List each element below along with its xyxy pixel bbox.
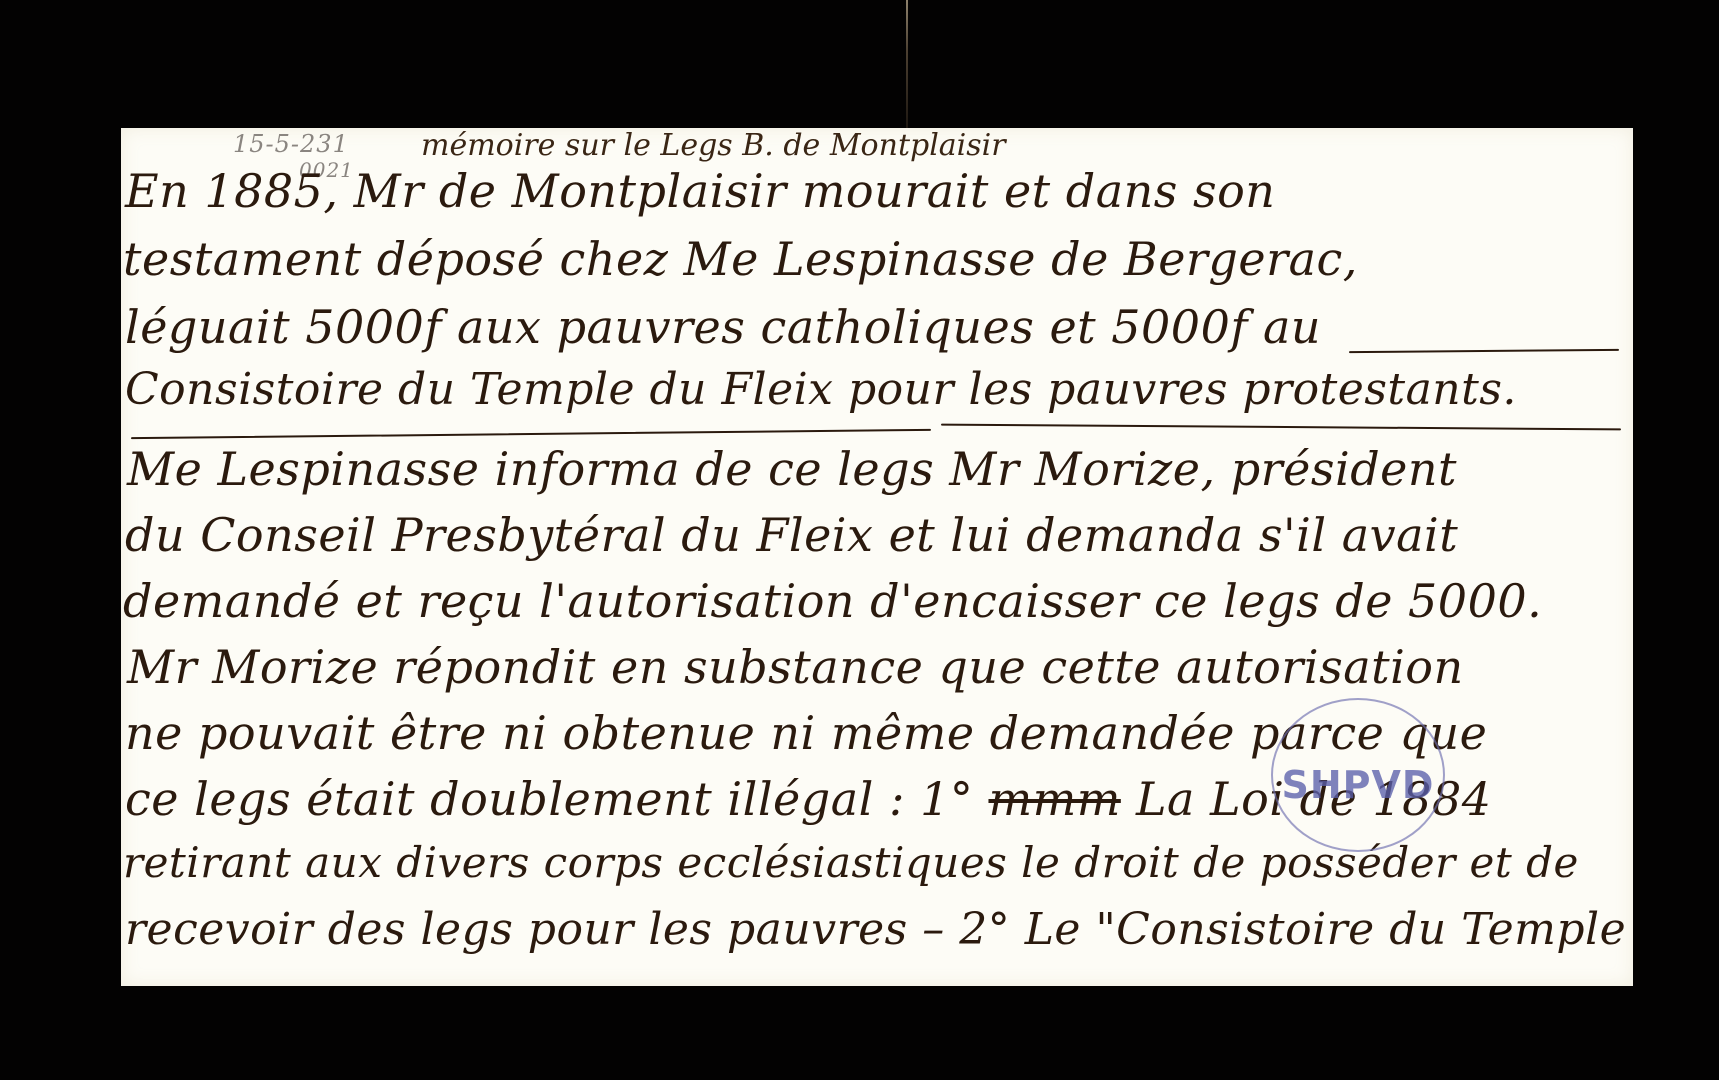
text-line-8: Mr Morize répondit en substance que cett… <box>127 644 1464 690</box>
text-line-5: Me Lespinasse informa de ce legs Mr Mori… <box>127 446 1457 492</box>
underline-consistoire <box>131 429 931 439</box>
underline-au <box>1349 349 1619 353</box>
struck-out-word: mmm <box>988 772 1120 826</box>
archive-reference-number: 15-5-231 <box>233 130 349 158</box>
text-line-2: testament déposé chez Me Lespinasse de B… <box>123 236 1358 282</box>
text-line-6: du Conseil Presbytéral du Fleix et lui d… <box>125 512 1458 558</box>
handwritten-page: 15-5-231 0021 mémoire sur le Legs B. de … <box>121 128 1633 986</box>
text-line-7: demandé et reçu l'autorisation d'encaiss… <box>123 578 1542 624</box>
underline-protestants <box>941 424 1621 431</box>
fold-crease <box>906 0 908 128</box>
title-note: mémoire sur le Legs B. de Montplaisir <box>421 128 1006 163</box>
text-line-12: recevoir des legs pour les pauvres – 2° … <box>125 908 1626 952</box>
stamp-label: SHPVD <box>1282 763 1435 807</box>
text-line-1: En 1885, Mr de Montplaisir mourait et da… <box>125 168 1275 214</box>
text-line-4: Consistoire du Temple du Fleix pour les … <box>125 368 1517 412</box>
shpvd-stamp: SHPVD <box>1271 698 1445 852</box>
text-line-3: léguait 5000f aux pauvres catholiques et… <box>125 304 1321 350</box>
text-line-10-start: ce legs était doublement illégal : 1° <box>125 772 988 826</box>
